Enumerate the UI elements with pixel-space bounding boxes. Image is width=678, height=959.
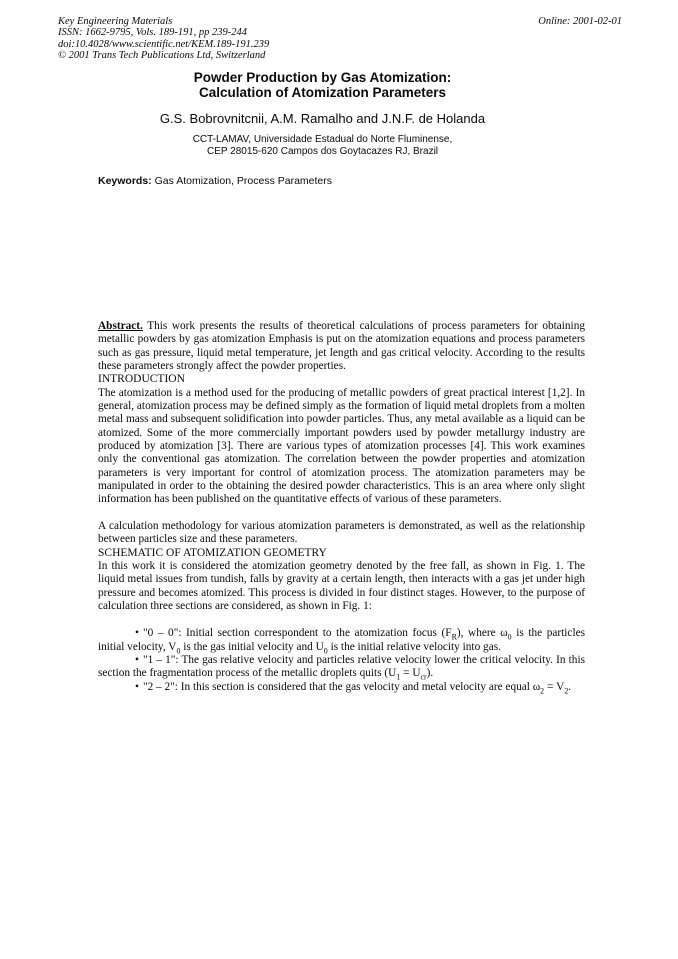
keywords-text: Gas Atomization, Process Parameters [155, 175, 332, 187]
section-bullet-list: •"0 – 0": Initial section correspondent … [98, 627, 585, 694]
document-page: Key Engineering Materials ISSN: 1662-979… [0, 0, 678, 959]
journal-doi: doi:10.4028/www.scientific.net/KEM.189-1… [58, 39, 269, 50]
journal-copyright: © 2001 Trans Tech Publications Ltd, Swit… [58, 50, 269, 61]
introduction-paragraph-2: A calculation methodology for various at… [98, 520, 585, 547]
abstract-label: Abstract. [98, 320, 143, 332]
bullet-item-2-2-text: "2 – 2": In this section is considered t… [143, 681, 571, 693]
bullet-icon: • [135, 627, 139, 639]
affiliation: CCT-LAMAV, Universidade Estadual do Nort… [60, 134, 585, 157]
journal-issn: ISSN: 1662-9795, Vols. 189-191, pp 239-2… [58, 27, 269, 38]
schematic-paragraph-1: In this work it is considered the atomiz… [98, 560, 585, 613]
journal-header: Key Engineering Materials ISSN: 1662-979… [58, 16, 622, 62]
affiliation-line1: CCT-LAMAV, Universidade Estadual do Nort… [60, 134, 585, 146]
journal-header-left: Key Engineering Materials ISSN: 1662-979… [58, 16, 269, 62]
bullet-item-1-1-text: "1 – 1": The gas relative velocity and p… [98, 654, 585, 679]
bullet-icon: • [135, 654, 139, 666]
bullet-icon: • [135, 681, 139, 693]
introduction-paragraph-1: The atomization is a method used for the… [98, 387, 585, 507]
online-date: Online: 2001-02-01 [538, 16, 622, 27]
paper-title-line2: Calculation of Atomization Parameters [60, 85, 585, 100]
section-heading-schematic: SCHEMATIC OF ATOMIZATION GEOMETRY [98, 547, 585, 560]
bullet-item-1-1: •"1 – 1": The gas relative velocity and … [98, 654, 585, 681]
bullet-item-0-0-text: "0 – 0": Initial section correspondent t… [98, 627, 585, 652]
keywords-label: Keywords: [98, 175, 152, 187]
paper-title-line1: Powder Production by Gas Atomization: [60, 70, 585, 85]
bullet-item-0-0: •"0 – 0": Initial section correspondent … [98, 627, 585, 654]
keywords-line: Keywords: Gas Atomization, Process Param… [98, 175, 585, 187]
affiliation-line2: CEP 28015-620 Campos dos Goytacazes RJ, … [60, 146, 585, 158]
section-heading-introduction: INTRODUCTION [98, 373, 585, 386]
journal-title: Key Engineering Materials [58, 16, 269, 27]
body-column: Abstract. This work presents the results… [98, 320, 585, 694]
paper-title: Powder Production by Gas Atomization: Ca… [60, 70, 585, 100]
abstract-paragraph: Abstract. This work presents the results… [98, 320, 585, 373]
abstract-text: This work presents the results of theore… [98, 320, 585, 372]
bullet-item-2-2: •"2 – 2": In this section is considered … [98, 681, 585, 694]
authors-line: G.S. Bobrovnitcnii, A.M. Ramalho and J.N… [60, 111, 585, 126]
